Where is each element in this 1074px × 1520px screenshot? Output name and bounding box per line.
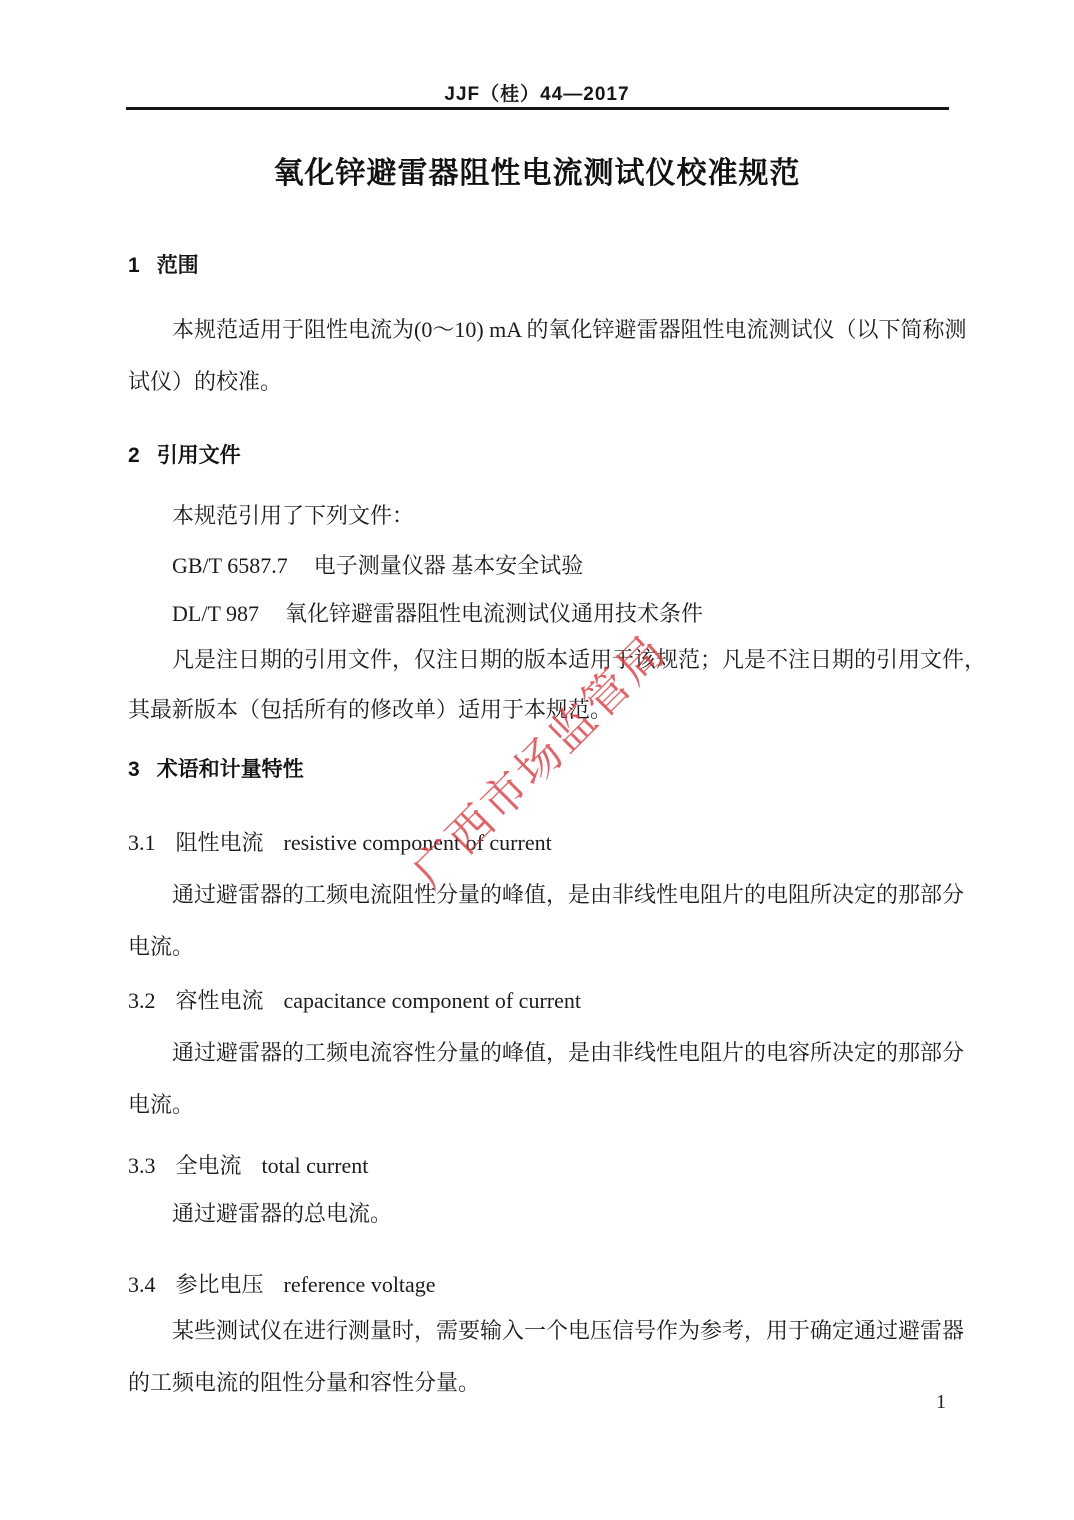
term-3-3-heading: 3.3全电流total current [128,1153,368,1179]
section-3-title: 术语和计量特性 [157,758,304,781]
term-zh-label: 参比电压 [176,1272,264,1297]
section-1-title: 范围 [157,254,199,277]
paragraph-line: 凡是注日期的引用文件，仅注日期的版本适用于该规范；凡是不注日期的引用文件， [172,647,986,673]
section-1-heading: 1范围 [128,249,199,279]
reference-line: DL/T 987氧化锌避雷器阻性电流测试仪通用技术条件 [172,601,703,627]
document-page: JJF（桂）44—2017 氧化锌避雷器阻性电流测试仪校准规范 1范围 本规范适… [0,0,1074,1520]
header-label: JJF（桂）44—2017 [0,79,1074,106]
paragraph-line: 电流。 [128,1092,194,1118]
reference-line: GB/T 6587.7电子测量仪器 基本安全试验 [172,553,583,579]
term-zh-label: 全电流 [176,1153,242,1178]
term-zh-label: 容性电流 [176,988,264,1013]
term-number: 3.4 [128,1272,156,1297]
paragraph-line: 通过避雷器的工频电流容性分量的峰值，是由非线性电阻片的电容所决定的那部分 [172,1040,964,1066]
paragraph-line: 通过避雷器的总电流。 [172,1201,392,1227]
term-3-1-heading: 3.1阻性电流resistive component of current [128,830,552,856]
section-2-title: 引用文件 [157,444,241,467]
term-number: 3.1 [128,830,156,855]
paragraph-line: 电流。 [128,934,194,960]
reference-code: GB/T 6587.7 [172,553,288,578]
term-3-4-heading: 3.4参比电压reference voltage [128,1272,436,1298]
term-zh-label: 阻性电流 [176,830,264,855]
term-number: 3.2 [128,988,156,1013]
header-rule [126,107,949,110]
reference-title: 氧化锌避雷器阻性电流测试仪通用技术条件 [285,601,703,626]
term-en-label: capacitance component of current [284,988,581,1013]
reference-code: DL/T 987 [172,601,259,626]
section-3-number: 3 [128,758,140,781]
term-3-2-heading: 3.2容性电流capacitance component of current [128,988,581,1014]
section-1-number: 1 [128,254,140,277]
section-2-heading: 2引用文件 [128,439,241,469]
section-3-heading: 3术语和计量特性 [128,753,304,783]
paragraph-line: 本规范适用于阻性电流为(0～10) mA 的氧化锌避雷器阻性电流测试仪（以下简称… [172,317,966,343]
paragraph-line: 通过避雷器的工频电流阻性分量的峰值，是由非线性电阻片的电阻所决定的那部分 [172,882,964,908]
term-number: 3.3 [128,1153,156,1178]
term-en-label: reference voltage [284,1272,436,1297]
paragraph-line: 试仪）的校准。 [128,369,282,395]
paragraph-line: 本规范引用了下列文件： [172,503,414,529]
term-en-label: resistive component of current [284,830,552,855]
paragraph-line: 其最新版本（包括所有的修改单）适用于本规范。 [128,697,612,723]
paragraph-line: 某些测试仪在进行测量时，需要输入一个电压信号作为参考，用于确定通过避雷器 [172,1318,964,1344]
page-number: 1 [128,1391,946,1414]
page-title: 氧化锌避雷器阻性电流测试仪校准规范 [0,148,1074,192]
term-en-label: total current [262,1153,369,1178]
reference-title: 电子测量仪器 基本安全试验 [314,553,584,578]
section-2-number: 2 [128,444,140,467]
